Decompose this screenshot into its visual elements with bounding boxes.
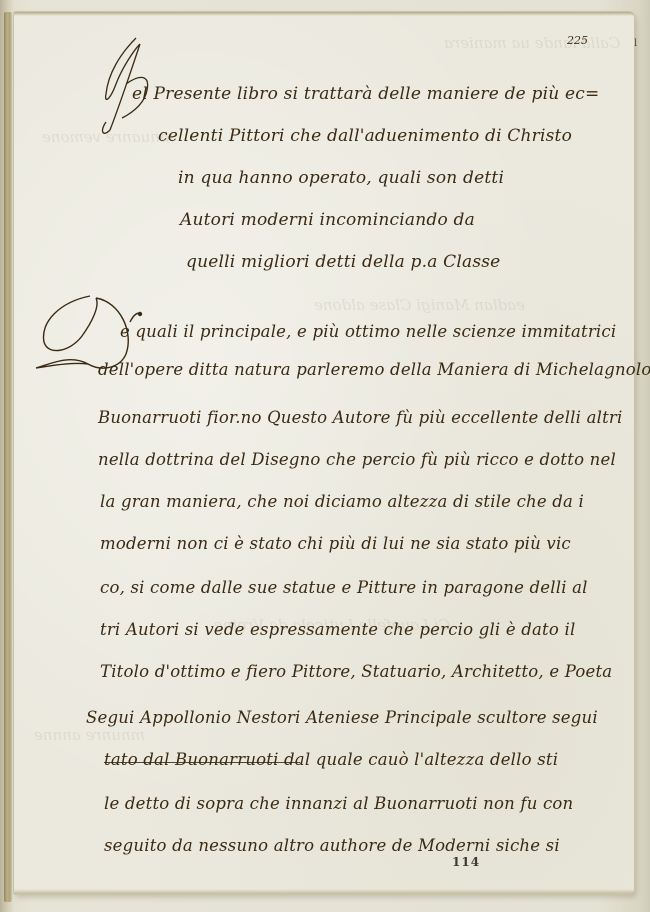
heading-line-4: Autori moderni incominciando da: [180, 210, 475, 230]
body-line-10: Segui Appollonio Nestori Ateniese Princi…: [86, 708, 598, 727]
show-through-text: Calla lande ua maniera: [444, 34, 620, 52]
heading-text: in qua hanno operato, quali son detti: [178, 168, 504, 188]
show-through-text: mnunre annne: [34, 726, 145, 744]
body-line-9: Titolo d'ottimo e fiero Pittore, Statuar…: [100, 662, 612, 681]
heading-line-1: el Presente libro si trattarà delle mani…: [132, 84, 599, 104]
heading-line-2: cellenti Pittori che dall'aduenimento di…: [158, 126, 572, 146]
body-line-11: tato dal Buonarruoti dal quale cauò l'al…: [104, 750, 558, 769]
heading-line-3: in qua hanno operato, quali son detti: [178, 168, 504, 188]
body-line-13: seguito da nessuno altro authore de Mode…: [104, 836, 560, 855]
body-text: moderni non ci è stato chi più di lui ne…: [100, 534, 571, 553]
archive-stamp-number: 114: [452, 855, 480, 869]
body-text: e quali il principale, e più ottimo nell…: [120, 322, 616, 341]
heading-text: quelli migliori detti della p.a Classe: [186, 252, 500, 272]
body-text: Segui Appollonio Nestori Ateniese Princi…: [86, 708, 598, 727]
folio-number: 225: [567, 34, 588, 47]
body-line-3: Buonarruoti fior.no Questo Autore fù più…: [98, 408, 622, 427]
body-text: Buonarruoti fior.no Questo Autore fù più…: [98, 408, 622, 427]
body-line-5: la gran maniera, che noi diciamo altezza…: [100, 492, 584, 511]
show-through-text: eadlan Manigi Clase aldone: [314, 296, 525, 314]
folio-mark: l: [634, 38, 637, 49]
body-text: dell'opere ditta natura parleremo della …: [98, 360, 650, 379]
body-line-1: e quali il principale, e più ottimo nell…: [120, 322, 616, 341]
body-text: le detto di sopra che innanzi al Buonarr…: [104, 794, 573, 813]
body-line-2: dell'opere ditta natura parleremo della …: [98, 360, 650, 379]
body-text: Titolo d'ottimo e fiero Pittore, Statuar…: [100, 662, 612, 681]
body-line-8: tri Autori si vede espressamente che per…: [100, 620, 575, 639]
body-line-6: moderni non ci è stato chi più di lui ne…: [100, 534, 571, 553]
binding-edge: [4, 12, 12, 902]
body-line-12: le detto di sopra che innanzi al Buonarr…: [104, 794, 573, 813]
heading-line-5: quelli migliori detti della p.a Classe: [186, 252, 500, 272]
body-text: tri Autori si vede espressamente che per…: [100, 620, 575, 639]
strikethrough-mark: [104, 762, 300, 763]
body-text: la gran maniera, che noi diciamo altezza…: [100, 492, 584, 511]
heading-text: el Presente libro si trattarà delle mani…: [132, 84, 599, 104]
body-text: seguito da nessuno altro authore de Mode…: [104, 836, 560, 855]
body-text: nella dottrina del Disegno che percio fù…: [98, 450, 616, 469]
body-text: co, si come dalle sue statue e Pitture i…: [100, 578, 588, 597]
body-line-7: co, si come dalle sue statue e Pitture i…: [100, 578, 588, 597]
body-text: tato dal Buonarruoti dal quale cauò l'al…: [104, 750, 558, 769]
body-line-4: nella dottrina del Disegno che percio fù…: [98, 450, 616, 469]
heading-text: Autori moderni incominciando da: [180, 210, 475, 230]
heading-text: cellenti Pittori che dall'aduenimento di…: [158, 126, 572, 146]
